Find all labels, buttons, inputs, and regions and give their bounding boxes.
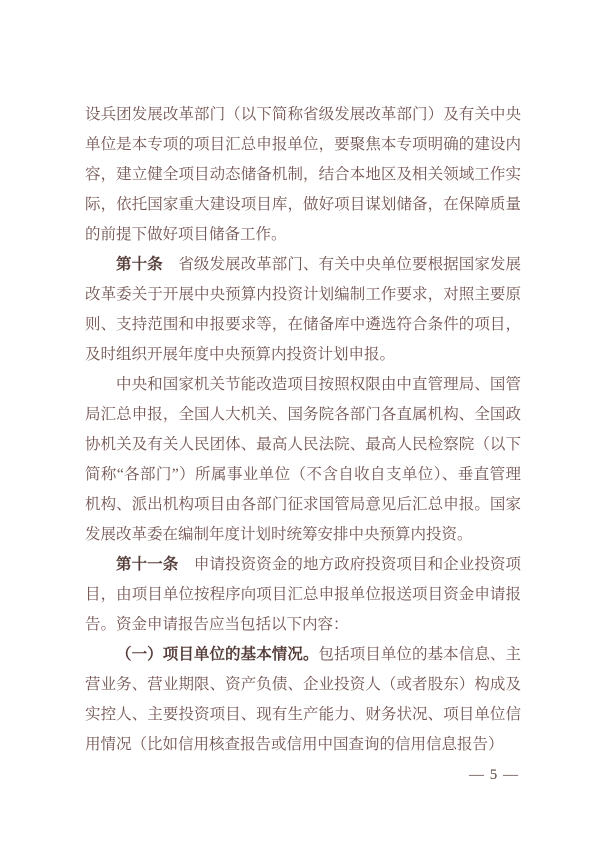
page-number: — 5 — xyxy=(85,760,521,790)
paragraph-article-10: 第十条 省级发展改革部门、有关中央单位要根据国家发展改革委关于开展中央预算内投资… xyxy=(85,250,521,370)
paragraph-text: 中央和国家机关节能改造项目按照权限由中直管理局、国管局汇总申报，全国人大机关、国… xyxy=(85,376,521,543)
article-10-heading: 第十条 xyxy=(116,256,178,273)
paragraph-article-11: 第十一条 申请投资资金的地方政府投资项目和企业投资项目，由项目单位按程序向项目汇… xyxy=(85,550,521,640)
paragraph-continuation: 设兵团发展改革部门（以下简称省级发展改革部门）及有关中央单位是本专项的项目汇总申… xyxy=(85,100,521,250)
item-1-heading: （一）项目单位的基本情况。 xyxy=(116,646,319,663)
document-body: 设兵团发展改革部门（以下简称省级发展改革部门）及有关中央单位是本专项的项目汇总申… xyxy=(85,100,521,790)
article-11-heading: 第十一条 xyxy=(116,556,194,573)
document-page: 设兵团发展改革部门（以下简称省级发展改革部门）及有关中央单位是本专项的项目汇总申… xyxy=(0,0,600,849)
paragraph-text: 设兵团发展改革部门（以下简称省级发展改革部门）及有关中央单位是本专项的项目汇总申… xyxy=(85,106,521,243)
paragraph-item-1: （一）项目单位的基本情况。包括项目单位的基本信息、主营业务、营业期限、资产负债、… xyxy=(85,640,521,760)
paragraph-central-state-organs: 中央和国家机关节能改造项目按照权限由中直管理局、国管局汇总申报，全国人大机关、国… xyxy=(85,370,521,550)
